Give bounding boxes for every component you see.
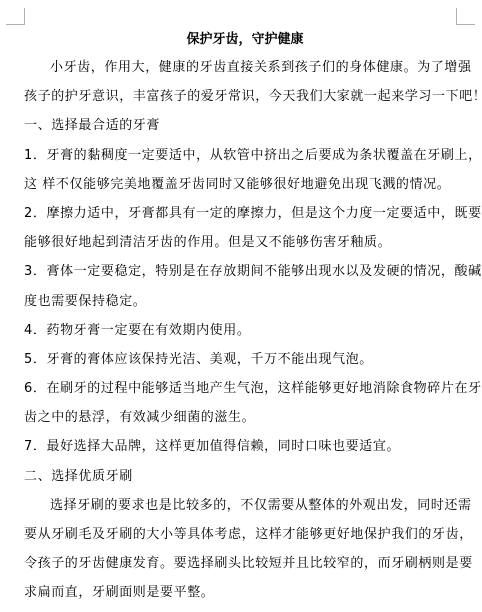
list-item-line: 能够很好地起到清洁牙齿的作用。但是又不能够伤害牙釉质。 — [24, 228, 458, 257]
intro-paragraph-line: 小牙齿，作用大，健康的牙齿直接关系到孩子们的身体健康。为了增强 — [24, 53, 458, 82]
toothbrush-paragraph-line: 要从牙刷毛及牙刷的大小等具体考虑，这样才能够更好地保护我们的牙齿， — [24, 520, 458, 549]
list-item-line: 3．膏体一定要稳定，特别是在存放期间不能够出现水以及发硬的情况，酸碱 — [24, 257, 458, 286]
toothbrush-paragraph-line: 令孩子的牙齿健康发育。要选择刷头比较短并且比较窄的，而牙刷柄则是要 — [24, 549, 458, 578]
list-item-line: 5．牙膏的膏体应该保持光洁、美观，千万不能出现气泡。 — [24, 345, 458, 374]
intro-paragraph-line: 孩子的护牙意识，丰富孩子的爱牙常识，今天我们大家就一起来学习一下吧！ — [24, 82, 458, 111]
list-item-line: 6．在刷牙的过程中能够适当地产生气泡，这样能够更好地消除食物碎片在牙 — [24, 374, 458, 403]
list-item-line: 7．最好选择大品牌，这样更加值得信赖，同时口味也要适宜。 — [24, 432, 458, 461]
section-heading-toothbrush: 二、选择优质牙刷 — [24, 462, 458, 491]
list-item-line: 齿之中的悬浮，有效减少细菌的滋生。 — [24, 403, 458, 432]
document-page: 保护牙齿，守护健康 小牙齿，作用大，健康的牙齿直接关系到孩子们的身体健康。为了增… — [24, 27, 458, 608]
section-heading-toothpaste: 一、选择最合适的牙膏 — [24, 111, 458, 140]
toothbrush-paragraph-line: 选择牙刷的要求也是比较多的，不仅需要从整体的外观出发，同时还需 — [24, 491, 458, 520]
list-item-line: 1．牙膏的黏稠度一定要适中，从软管中挤出之后要成为条状覆盖在牙刷上， — [24, 141, 458, 170]
page-corner-mark-top-left — [6, 8, 25, 25]
toothbrush-paragraph-line: 求扁而直，牙刷面则是要平整。 — [24, 578, 458, 607]
list-item-line: 2．摩擦力适中，牙膏都具有一定的摩擦力，但是这个力度一定要适中，既要 — [24, 199, 458, 228]
document-title: 保护牙齿，守护健康 — [32, 27, 458, 53]
page-corner-mark-top-right — [456, 8, 475, 25]
list-item-line: 这 样不仅能够完美地覆盖牙齿同时又能够很好地避免出现飞溅的情况。 — [24, 170, 458, 199]
list-item-line: 4．药物牙膏一定要在有效期内使用。 — [24, 316, 458, 345]
list-item-line: 度也需要保持稳定。 — [24, 287, 458, 316]
